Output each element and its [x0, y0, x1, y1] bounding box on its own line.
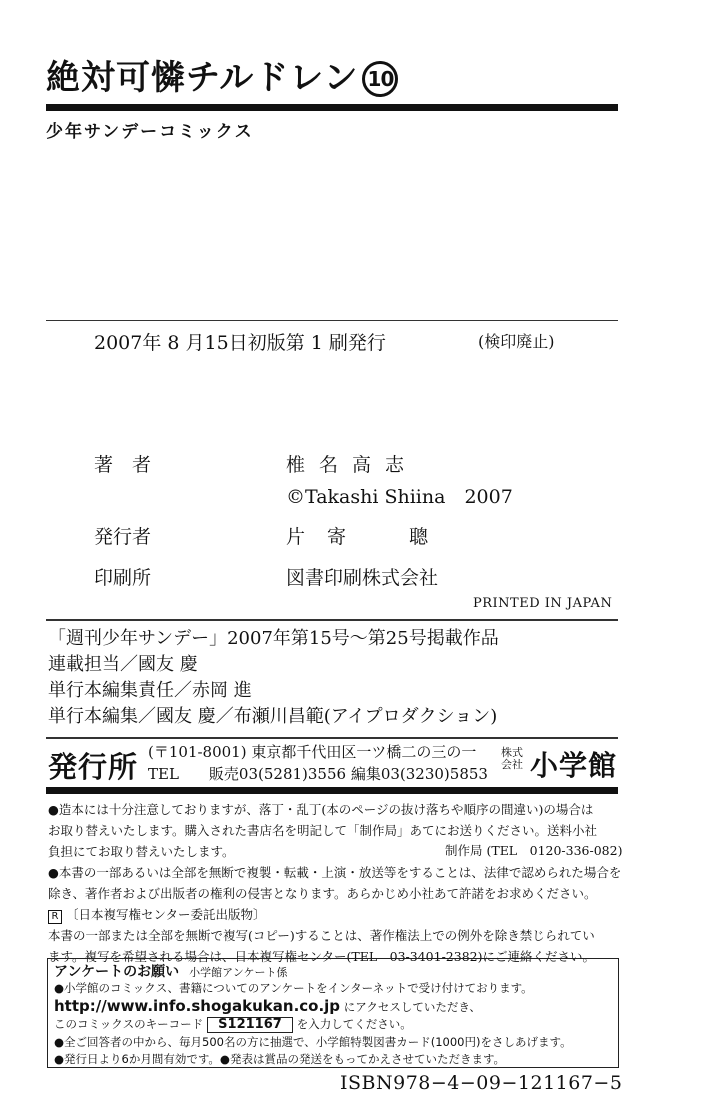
- publication-date: 2007年 8 月15日初版第 1 刷発行: [94, 328, 386, 355]
- divider-credits: [46, 619, 618, 621]
- printer-label: 印刷所: [94, 563, 151, 590]
- title-rule: [46, 104, 618, 111]
- copyright-line: ©Takashi Shiina 2007: [286, 482, 513, 509]
- publisher-tel: TEL 販売03(5281)3556 編集03(3230)5853: [148, 763, 488, 784]
- notice-line-1: ●造本には十分注意しておりますが、落丁・乱丁(本のページの抜け落ちや順序の間違い…: [48, 799, 593, 820]
- survey-url-line: http://www.info.shogakukan.co.jp にアクセスして…: [54, 997, 481, 1015]
- notice-line-4: ●本書の一部あるいは全部を無断で複製・転載・上演・放送等をすることは、法律で認め…: [48, 862, 621, 883]
- kabushiki-bottom: 会社: [500, 759, 524, 771]
- notice-line-2: お取り替えいたします。購入された書店名を明記して「制作局」あてにお送りください。…: [48, 820, 597, 841]
- keycode-prefix: このコミックスのキーコード: [54, 1017, 203, 1031]
- notice-line-3: 負担にてお取り替えいたします。: [48, 841, 235, 862]
- author-label: 著 者: [94, 450, 151, 477]
- printer-name: 図書印刷株式会社: [286, 563, 438, 590]
- volume-number-badge: 10: [362, 61, 398, 97]
- survey-subtitle: 小学館アンケート係: [189, 966, 287, 979]
- divider-publisher: [46, 737, 618, 739]
- series-name: 少年サンデーコミックス: [46, 117, 254, 142]
- credit-line-serialization: 「週刊少年サンデー」2007年第15号～第25号掲載作品: [48, 626, 499, 652]
- survey-line-1: ●小学館のコミックス、書籍についてのアンケートをインターネットで受け付けておりま…: [54, 980, 533, 996]
- registered-r-icon: R: [48, 910, 62, 924]
- publisher-company: 小学館: [530, 744, 617, 784]
- publisher-address: (〒101-8001) 東京都千代田区一ツ橋二の三の一: [148, 741, 476, 762]
- publisher-person-label: 発行者: [94, 522, 151, 549]
- notice-line-5: 除き、著作者および出版者の権利の侵害となります。あらかじめ小社あて許諾をお求めく…: [48, 883, 597, 904]
- notice-line-6: R〔日本複写権センター委託出版物〕: [48, 904, 266, 925]
- publisher-rule: [46, 787, 618, 794]
- credit-line-serial-editor: 連載担当／國友 慶: [48, 652, 198, 678]
- keycode-box: S121167: [207, 1017, 293, 1033]
- production-tel: 制作局 (TEL 0120-336-082): [445, 841, 622, 859]
- publisher-label: 発行所: [48, 745, 138, 786]
- survey-url-suffix: にアクセスしていただき、: [344, 1000, 481, 1014]
- survey-title: アンケートのお願い: [54, 964, 179, 980]
- divider-publication: [46, 320, 618, 321]
- notice-line-6-text: 〔日本複写権センター委託出版物〕: [66, 907, 266, 922]
- book-title-text: 絶対可憐チルドレン: [46, 58, 358, 98]
- credit-line-chief-editor: 単行本編集責任／赤岡 進: [48, 678, 252, 704]
- notice-line-7: 本書の一部または全部を無断で複写(コピー)することは、著作権法上での例外を除き禁…: [48, 925, 595, 946]
- credit-line-editors: 単行本編集／國友 慶／布瀬川昌範(アイプロダクション): [48, 704, 497, 730]
- publisher-person-name: 片寄 聰: [286, 522, 450, 549]
- survey-header: アンケートのお願い小学館アンケート係: [54, 961, 288, 981]
- survey-line-4: ●全ご回答者の中から、毎月500名の方に抽選で、小学館特製図書カード(1000円…: [54, 1034, 572, 1050]
- isbn: ISBN978−4−09−121167−5: [340, 1072, 622, 1094]
- survey-line-5: ●発行日より6か月間有効です。●発表は賞品の発送をもってかえさせていただきます。: [54, 1051, 505, 1067]
- survey-url-link[interactable]: http://www.info.shogakukan.co.jp: [54, 997, 340, 1015]
- book-title: 絶対可憐チルドレン10: [46, 58, 398, 98]
- kabushiki-gaisha-mark: 株式 会社: [500, 747, 524, 771]
- survey-keycode-line: このコミックスのキーコードS121167を入力してください。: [54, 1016, 412, 1033]
- keycode-suffix: を入力してください。: [297, 1017, 412, 1031]
- stamp-note: (検印廃止): [478, 329, 555, 352]
- author-name: 椎名高志: [286, 450, 418, 477]
- printed-in-japan: PRINTED IN JAPAN: [473, 596, 612, 611]
